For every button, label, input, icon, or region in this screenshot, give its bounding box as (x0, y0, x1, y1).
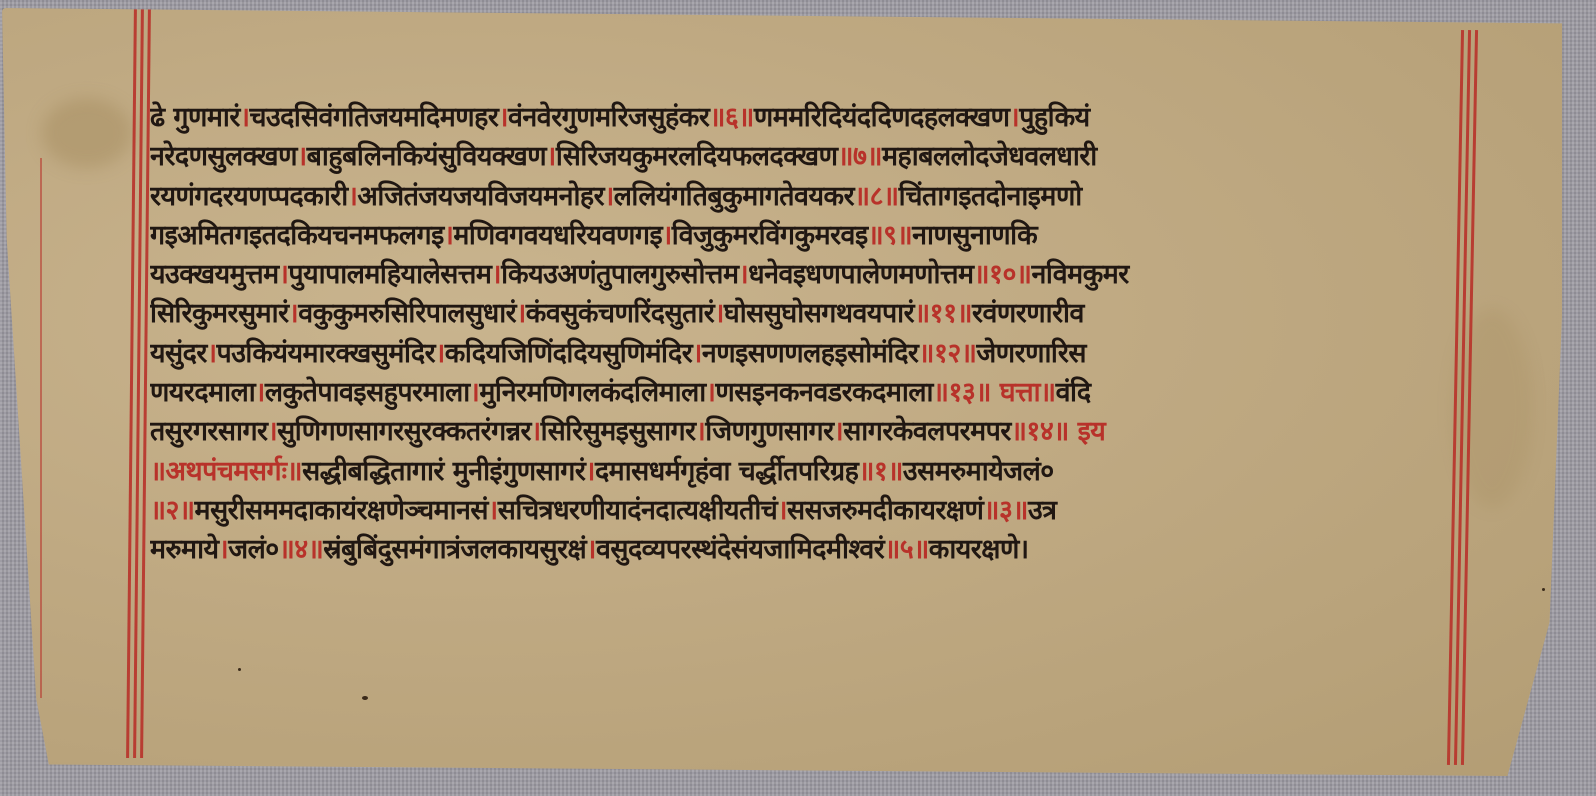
text-segment: उत्र (1028, 495, 1056, 526)
rubricated-mark: । (604, 181, 614, 212)
manuscript-line: ॥२॥मसुरीसममदाकायंरक्षणेञ्चमानसं।सचित्रधर… (150, 491, 1430, 530)
manuscript-line: नरेदणसुलक्खण।बाहुबलिनकियंसुवियक्खण।सिरिज… (150, 137, 1430, 176)
rubricated-mark: । (696, 416, 706, 447)
text-segment: पुयापालमहियालेसत्तम (288, 259, 491, 290)
rubricated-mark: । (240, 102, 250, 133)
rubricated-mark: । (219, 534, 229, 565)
rubricated-mark: ॥१॥ (858, 456, 903, 487)
rubricated-mark: ॥१०॥ (973, 259, 1031, 290)
ink-speck (1542, 588, 1545, 591)
manuscript-line: ढे गुणमारं।चउदसिवंगतिजयमदिमणहर।वंनवेरगुण… (150, 98, 1430, 137)
text-segment: यउक्खयमुत्तम (150, 259, 279, 290)
text-segment: सचित्रधरणीयादंनदात्यक्षीयतीचं (498, 495, 778, 526)
rubricated-mark: । (585, 456, 595, 487)
text-segment: वकुकुमरुसिरिपालसुधारं (298, 298, 516, 329)
rubricated-mark: । (546, 141, 556, 172)
text-segment: ढे गुणमारं (150, 102, 240, 133)
text-segment: रवंणरणारीव (972, 298, 1084, 329)
text-segment: स्रंबुबिंदुसमंगात्रंजलकायसुरक्षं (323, 534, 586, 565)
text-segment: मुनिरमणिगलकंदलिमाला (479, 377, 705, 408)
text-segment: कियउअणंतुपालगुरुसोत्तम (501, 259, 738, 290)
text-segment: णयरदमाला (150, 377, 255, 408)
text-segment: जेणरणारिस (976, 338, 1086, 369)
text-segment: मसुरीसममदाकायंरक्षणेञ्चमानसं (195, 495, 489, 526)
rubricated-mark: ॥४॥ (279, 534, 324, 565)
text-segment: वसुदव्यपरस्थंदेसंयजामिदमीश्वरं (596, 534, 884, 565)
rubricated-mark: ॥७॥ (837, 141, 882, 172)
rubricated-mark: । (268, 416, 278, 447)
rubricated-mark: । (777, 495, 787, 526)
rubricated-mark: । (297, 141, 307, 172)
manuscript-line: ॥अथपंचमसर्गः॥सद्धीबद्धितागारं मुनीइंगुणस… (150, 452, 1430, 491)
text-segment: तसुरगरसागर (150, 416, 268, 447)
text-segment: अजितंजयजयविजयमनोहर (357, 181, 604, 212)
rubricated-mark: ॥३॥ (983, 495, 1028, 526)
rubricated-mark: ॥१२॥ (918, 338, 976, 369)
manuscript-line: सिरिकुमरसुमारं।वकुकुमरुसिरिपालसुधारं।कंव… (150, 294, 1430, 333)
rubricated-mark: । (834, 416, 844, 447)
text-segment: सिरिजयकुमरलदियफलदक्खण (556, 141, 838, 172)
rubricated-mark: । (255, 377, 265, 408)
text-segment: महाबललोदजेधवलधारी (882, 141, 1097, 172)
text-segment: चिंतागइतदोनाइमणो (899, 181, 1082, 212)
manuscript-text-block: ढे गुणमारं।चउदसिवंगतिजयमदिमणहर।वंनवेरगुण… (150, 98, 1440, 570)
rubricated-mark: । (279, 259, 289, 290)
manuscript-line: गइअमितगइतदकियचनमफलगइ।मणिवगवयधरियवणगइ।विज… (150, 216, 1430, 255)
manuscript-line: तसुरगरसागर।सुणिगणसागरसुरक्कतरंगन्नर।सिरि… (150, 412, 1430, 451)
rubricated-mark: । (488, 495, 498, 526)
text-segment: सद्धीबद्धितागारं मुनीइंगुणसागरं (302, 456, 585, 487)
rubricated-mark: । (435, 338, 445, 369)
manuscript-line: णयरदमाला।लकुतेपावइसहुपरमाला।मुनिरमणिगलकं… (150, 373, 1430, 412)
rubricated-mark: ॥अथपंचमसर्गः॥ (150, 456, 302, 487)
rubricated-mark: । (692, 338, 702, 369)
text-segment: वंदि (1056, 377, 1091, 408)
text-segment: सिरिसुमइसुसागर (541, 416, 696, 447)
rubricated-mark: ॥११॥ (914, 298, 972, 329)
text-segment: कदियजिणिंददियसुणिमंदिर (445, 338, 692, 369)
rubricated-mark: । (516, 298, 526, 329)
text-segment: सागरकेवलपरमपर (843, 416, 1011, 447)
manuscript-line: मरुमाये।जलं०॥४॥स्रंबुबिंदुसमंगात्रंजलकाय… (150, 530, 1430, 569)
text-segment: मरुमाये (150, 534, 219, 565)
text-segment: दमासधर्मगृहंवा चर्द्धीतपरिग्रह (595, 456, 858, 487)
text-segment: ससजरुमदीकायरक्षणं (787, 495, 983, 526)
text-segment: चउदसिवंगतिजयमदिमणहर (249, 102, 498, 133)
text-segment: गइअमितगइतदकियचनमफलगइ (150, 220, 444, 251)
text-segment: कायरक्षणे। (929, 534, 1029, 565)
text-segment: वंनवेरगुणमरिजसुहंकर (508, 102, 709, 133)
text-segment: नणइसणणलहइसोमंदिर (702, 338, 919, 369)
text-segment: बाहुबलिनकियंसुवियक्खण (307, 141, 547, 172)
text-segment: नरेदणसुलक्खण (150, 141, 297, 172)
rubricated-mark: ॥८॥ (854, 181, 899, 212)
text-segment: नाणसुनाणकि (912, 220, 1037, 251)
text-segment: सिरिकुमरसुमारं (150, 298, 289, 329)
text-segment: घोससुघोसगथवयपारं (724, 298, 914, 329)
text-segment: लकुतेपावइसहुपरमाला (265, 377, 470, 408)
text-segment: रयणंगदरयणप्पदकारी (150, 181, 348, 212)
rubricated-mark: । (289, 298, 299, 329)
rubricated-mark: । (348, 181, 358, 212)
rubricated-mark: । (706, 377, 716, 408)
text-segment: धनेवइधणपालेणमणोत्तम (748, 259, 973, 290)
ink-speck (238, 668, 241, 671)
text-segment: विजुकुमरविंगकुमरवइ (672, 220, 868, 251)
rubricated-mark: । (207, 338, 217, 369)
left-edge-rule (40, 158, 42, 698)
rubricated-mark: । (714, 298, 724, 329)
text-segment: कंवसुकंचणरिंदसुतारं (526, 298, 714, 329)
text-segment: णममरिदियंददिणदहलक्खण (754, 102, 1010, 133)
text-segment: यसुंदर (150, 338, 207, 369)
rubricated-mark: । (444, 220, 454, 251)
rubricated-mark: ॥१३॥ घत्ता॥ (933, 377, 1056, 408)
manuscript-line: यउक्खयमुत्तम।पुयापालमहियालेसत्तम।कियउअणं… (150, 255, 1430, 294)
rubricated-mark: । (498, 102, 508, 133)
rubricated-mark: । (738, 259, 748, 290)
text-segment: पउकियंयमारक्खसुमंदिर (217, 338, 436, 369)
text-segment: ललियंगतिबुकुमागतेवयकर (614, 181, 854, 212)
rubricated-mark: । (662, 220, 672, 251)
water-stain (42, 98, 132, 168)
text-segment: णसइनकनवडरकदमाला (715, 377, 933, 408)
manuscript-line: यसुंदर।पउकियंयमारक्खसुमंदिर।कदियजिणिंददि… (150, 334, 1430, 373)
text-segment: नविमकुमर (1031, 259, 1128, 290)
text-segment: जलं० (228, 534, 278, 565)
rubricated-mark: ॥६॥ (709, 102, 754, 133)
rubricated-mark: ॥२॥ (150, 495, 195, 526)
rubricated-mark: ॥१४॥ इय (1011, 416, 1106, 447)
text-segment: मणिवगवयधरियवणगइ (453, 220, 662, 251)
text-segment: सुणिगणसागरसुरक्कतरंगन्नर (277, 416, 531, 447)
manuscript-line: रयणंगदरयणप्पदकारी।अजितंजयजयविजयमनोहर।ललि… (150, 177, 1430, 216)
rubricated-mark: । (531, 416, 541, 447)
text-segment: पुहुकियं (1019, 102, 1090, 133)
text-segment: उसमरुमायेजलं० (903, 456, 1054, 487)
text-segment: जिणगुणसागर (705, 416, 833, 447)
rubricated-mark: ॥९॥ (868, 220, 913, 251)
rubricated-mark: । (1010, 102, 1020, 133)
rubricated-mark: । (491, 259, 501, 290)
rubricated-mark: । (586, 534, 596, 565)
ink-speck (362, 696, 368, 700)
rubricated-mark: । (470, 377, 480, 408)
rubricated-mark: ॥५॥ (884, 534, 929, 565)
